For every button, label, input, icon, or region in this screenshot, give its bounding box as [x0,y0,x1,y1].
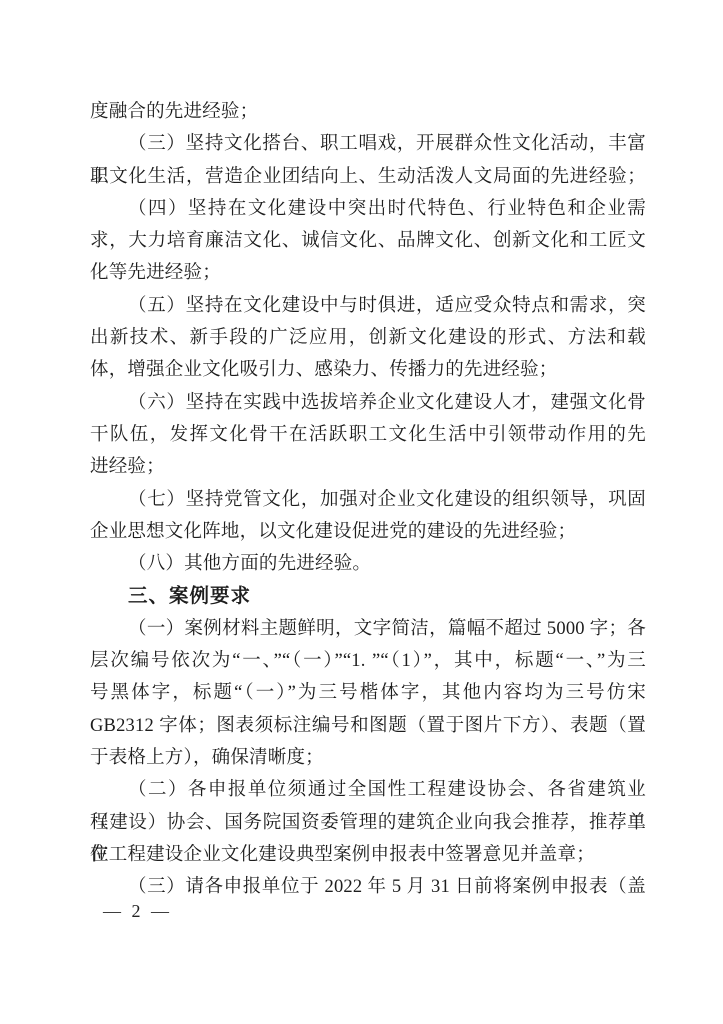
section-heading: 三、案例要求 [90,580,646,612]
text-line: （八）其他方面的先进经验。 [90,548,646,580]
page-number: — 2 — [103,898,172,924]
text-line: GB2312 字体；图表须标注编号和图题（置于图片下方）、表题（置 [90,710,646,742]
text-line: 出新技术、新手段的广泛应用，创新文化建设的形式、方法和载 [90,322,646,354]
text-line: （五）坚持在文化建设中与时俱进，适应受众特点和需求，突 [90,290,646,322]
text-line: （七）坚持党管文化，加强对企业文化建设的组织领导，巩固 [90,484,646,516]
text-line: 体，增强企业文化吸引力、感染力、传播力的先进经验； [90,354,646,386]
text-line: （三）请各申报单位于 2022 年 5 月 31 日前将案例申报表（盖 [90,871,646,903]
document-body: 度融合的先进经验； （三）坚持文化搭台、职工唱戏，开展群众性文化活动，丰富职 工… [90,96,646,903]
text-line: 干队伍，发挥文化骨干在活跃职工文化生活中引领带动作用的先 [90,419,646,451]
text-line: （四）坚持在文化建设中突出时代特色、行业特色和企业需 [90,193,646,225]
text-line: （二）各申报单位须通过全国性工程建设协会、各省建筑业（工 [90,774,646,806]
text-line: （一）案例材料主题鲜明，文字简洁，篇幅不超过 5000 字；各 [90,613,646,645]
text-line: 求，大力培育廉洁文化、诚信文化、品牌文化、创新文化和工匠文 [90,225,646,257]
text-line: 号黑体字，标题“（一）”为三号楷体字，其他内容均为三号仿宋 [90,677,646,709]
text-line: 在工程建设企业文化建设典型案例申报表中签署意见并盖章； [90,839,646,871]
document-page: 度融合的先进经验； （三）坚持文化搭台、职工唱戏，开展群众性文化活动，丰富职 工… [0,0,723,1024]
text-line: 程建设）协会、国务院国资委管理的建筑企业向我会推荐，推荐单位 [90,807,646,839]
text-line: 工文化生活，营造企业团结向上、生动活泼人文局面的先进经验； [90,161,646,193]
text-line: 进经验； [90,451,646,483]
text-line: 层次编号依次为“一、”“（一）”“1. ”“（1）”，其中，标题“一、”为三 [90,645,646,677]
text-line: 企业思想文化阵地，以文化建设促进党的建设的先进经验； [90,516,646,548]
text-line: （三）坚持文化搭台、职工唱戏，开展群众性文化活动，丰富职 [90,128,646,160]
text-line: （六）坚持在实践中选拔培养企业文化建设人才，建强文化骨 [90,387,646,419]
text-line: 于表格上方），确保清晰度； [90,742,646,774]
text-line: 度融合的先进经验； [90,96,646,128]
text-line: 化等先进经验； [90,257,646,289]
